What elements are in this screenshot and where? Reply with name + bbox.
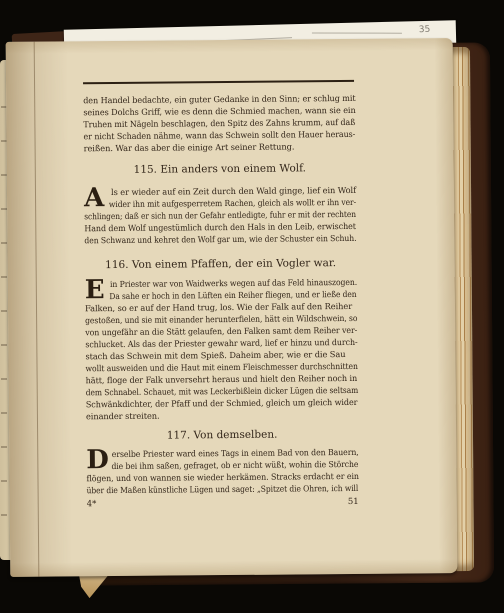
book-page: den Handel bedachte, ein guter Gedanke i… xyxy=(6,38,458,577)
section-heading-115: 115. Ein anders von einem Wolf. xyxy=(84,162,356,176)
section-heading-116: 116. Von einem Pfaffen, der ein Vogler w… xyxy=(85,257,357,271)
page-footer: 4* 51 xyxy=(87,497,359,509)
page-number: 51 xyxy=(348,497,359,507)
signature-mark: 4* xyxy=(87,499,97,509)
header-rule xyxy=(83,80,354,84)
pencil-mark xyxy=(312,33,402,34)
text-line: reißen. War das aber die einige Art sein… xyxy=(84,140,356,154)
photo-background: 35 den Handel bedachte, ein guter Gedank… xyxy=(0,0,504,613)
paragraph-continuation: den Handel bedachte, ein guter Gedanke i… xyxy=(83,92,356,154)
text-line: einander streiten. xyxy=(86,408,358,422)
section-heading-117: 117. Von demselben. xyxy=(86,428,358,442)
paragraph-115: A ls er wieder auf ein Zeit durch den Wa… xyxy=(84,184,357,246)
paragraph-116: E in Priester war von Waidwerks wegen au… xyxy=(85,276,358,422)
text-line: über die Maßen künstliche Lügen und sage… xyxy=(87,482,335,496)
printed-page-content: den Handel bedachte, ein guter Gedanke i… xyxy=(6,38,458,577)
paragraph-117: D erselbe Priester ward eines Tags in ei… xyxy=(86,446,358,496)
slip-handwriting: 35 xyxy=(418,25,430,36)
text-line: den Schwanz und kehret den Wolf gar um, … xyxy=(84,232,336,246)
